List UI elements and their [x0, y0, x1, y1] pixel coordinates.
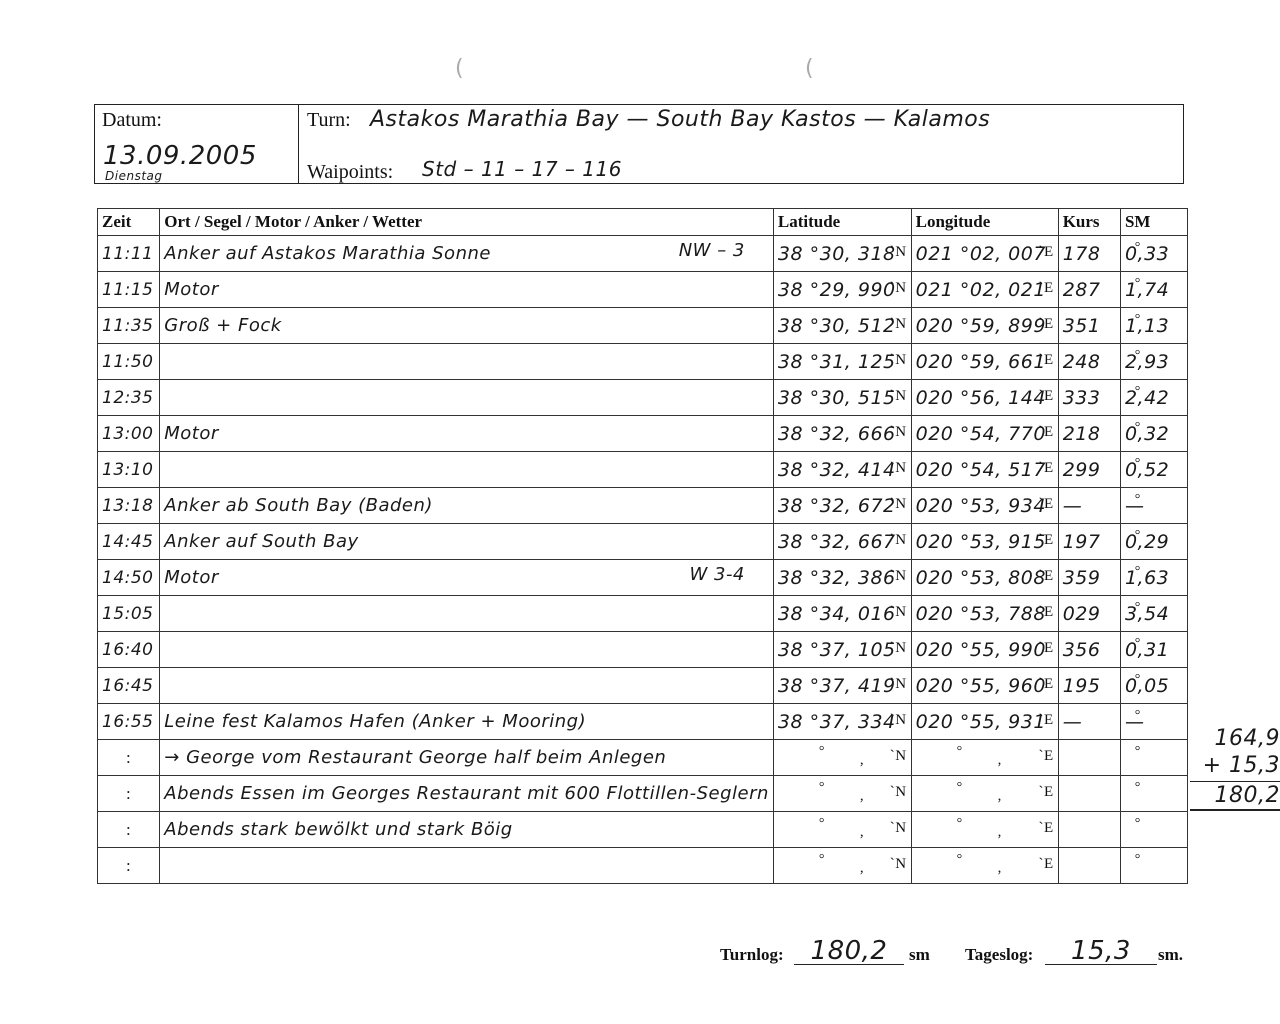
latitude-value: 38 °37, 419 — [778, 675, 896, 697]
cell-sm[interactable] — [1120, 848, 1187, 884]
cell-ort[interactable]: Anker auf Astakos Marathia SonneNW – 3 — [160, 236, 774, 272]
degree-mark: ° — [819, 780, 825, 796]
degree-mark: ° — [1135, 384, 1141, 400]
cell-zeit[interactable]: 11:50 — [98, 344, 160, 380]
east-unit: `E — [1039, 640, 1054, 657]
col-header-latitude: Latitude — [773, 209, 911, 236]
longitude-value: 020 °55, 931 — [916, 711, 1046, 733]
north-unit: `N — [890, 244, 907, 261]
longitude-value: 020 °56, 144 — [916, 387, 1046, 409]
cell-latitude[interactable]: 38 °31, 125`N — [773, 344, 911, 380]
course-value: 248 — [1063, 351, 1101, 373]
longitude-value: 020 °53, 788 — [916, 603, 1046, 625]
cell-sm[interactable]: 0,05 — [1120, 668, 1187, 704]
comma-mark: , — [998, 860, 1002, 877]
log-table: Zeit Ort / Segel / Motor / Anker / Wette… — [97, 208, 1188, 884]
degree-mark: ° — [819, 852, 825, 868]
cell-longitude[interactable]: °,`E — [911, 812, 1058, 848]
tageslog-unit: sm. — [1158, 945, 1183, 965]
cell-ort[interactable] — [160, 596, 774, 632]
east-unit: `E — [1039, 820, 1054, 837]
north-unit: `N — [890, 784, 907, 801]
course-value: 359 — [1063, 567, 1101, 589]
cell-longitude[interactable]: 020 °53, 808`E — [911, 560, 1058, 596]
cell-ort[interactable] — [160, 632, 774, 668]
degree-mark: ° — [1135, 492, 1141, 508]
cell-ort[interactable] — [160, 344, 774, 380]
distance-value: 0,05 — [1125, 675, 1169, 697]
cell-zeit[interactable]: 11:11 — [98, 236, 160, 272]
cell-longitude[interactable]: °,`E — [911, 740, 1058, 776]
cell-ort[interactable] — [160, 668, 774, 704]
course-value: 178 — [1063, 243, 1101, 265]
cell-ort[interactable]: → George vom Restaurant George half beim… — [160, 740, 774, 776]
log-totals-footer: Turnlog: 180,2 sm Tageslog: 15,3 sm. — [720, 940, 1190, 970]
cell-zeit[interactable]: : — [98, 812, 160, 848]
remark-text: Anker auf Astakos Marathia Sonne — [164, 243, 491, 264]
trip-header-box: Datum: 13.09.2005 Dienstag Turn: Astakos… — [94, 104, 1184, 184]
cell-longitude[interactable]: 021 °02, 021`E — [911, 272, 1058, 308]
north-unit: `N — [890, 388, 907, 405]
log-row: 16:4538 °37, 419`N020 °55, 960`E195°0,05 — [98, 668, 1188, 704]
log-row: :Abends stark bewölkt und stark Böig°,`N… — [98, 812, 1188, 848]
cell-kurs[interactable]: 029° — [1058, 596, 1120, 632]
time-placeholder: : — [102, 784, 155, 804]
distance-value: 0,31 — [1125, 639, 1169, 661]
cell-kurs[interactable]: 178° — [1058, 236, 1120, 272]
cell-sm[interactable]: 0,32 — [1120, 416, 1187, 452]
degree-mark: ° — [1135, 564, 1141, 580]
cell-sm[interactable]: — — [1120, 704, 1187, 740]
degree-mark: ° — [1135, 636, 1141, 652]
time-value: 11:50 — [102, 352, 154, 372]
latitude-value: 38 °31, 125 — [778, 351, 896, 373]
longitude-value: 020 °53, 915 — [916, 531, 1046, 553]
cell-zeit[interactable]: 13:00 — [98, 416, 160, 452]
cell-zeit[interactable]: : — [98, 740, 160, 776]
east-unit: `E — [1039, 676, 1054, 693]
time-value: 12:35 — [102, 388, 154, 408]
time-value: 14:50 — [102, 568, 154, 588]
distance-value: 1,74 — [1125, 279, 1169, 301]
cell-longitude[interactable]: 020 °53, 788`E — [911, 596, 1058, 632]
cell-zeit[interactable]: 13:18 — [98, 488, 160, 524]
cell-sm[interactable]: 0,33 — [1120, 236, 1187, 272]
east-unit: `E — [1039, 388, 1054, 405]
route-section: Turn: Astakos Marathia Bay — South Bay K… — [298, 105, 1183, 183]
longitude-value: 020 °53, 808 — [916, 567, 1046, 589]
tageslog-value[interactable]: 15,3 — [1045, 936, 1157, 965]
cell-latitude[interactable]: 38 °30, 318`N — [773, 236, 911, 272]
cell-zeit[interactable]: 16:40 — [98, 632, 160, 668]
cell-longitude[interactable]: 020 °55, 960`E — [911, 668, 1058, 704]
distance-value: 3,54 — [1125, 603, 1169, 625]
col-header-zeit: Zeit — [98, 209, 160, 236]
degree-mark: ° — [1135, 420, 1141, 436]
cell-ort[interactable]: Abends Essen im Georges Restaurant mit 6… — [160, 776, 774, 812]
east-unit: `E — [1039, 280, 1054, 297]
cell-zeit[interactable]: : — [98, 776, 160, 812]
cell-longitude[interactable]: 020 °59, 899`E — [911, 308, 1058, 344]
distance-value: 1,63 — [1125, 567, 1169, 589]
degree-mark: ° — [1135, 708, 1141, 724]
longitude-value: 020 °53, 934 — [916, 495, 1046, 517]
distance-value: 0,52 — [1125, 459, 1169, 481]
course-value: 195 — [1063, 675, 1101, 697]
latitude-value: 38 °29, 990 — [778, 279, 896, 301]
turnlog-label: Turnlog: — [720, 945, 784, 965]
remark-text: Groß + Fock — [164, 315, 281, 336]
log-row: 13:00Motor38 °32, 666`N020 °54, 770`E218… — [98, 416, 1188, 452]
log-row: 11:5038 °31, 125`N020 °59, 661`E248°2,93 — [98, 344, 1188, 380]
date-label: Datum: — [102, 109, 162, 132]
remark-text: Motor — [164, 567, 219, 588]
log-row: 11:11Anker auf Astakos Marathia SonneNW … — [98, 236, 1188, 272]
north-unit: `N — [890, 676, 907, 693]
cell-ort[interactable]: Motor — [160, 272, 774, 308]
time-value: 13:00 — [102, 424, 154, 444]
turnlog-value[interactable]: 180,2 — [794, 936, 904, 965]
time-placeholder: : — [102, 856, 155, 876]
north-unit: `N — [890, 748, 907, 765]
cell-kurs[interactable]: —° — [1058, 704, 1120, 740]
log-row: 13:18Anker ab South Bay (Baden)38 °32, 6… — [98, 488, 1188, 524]
cell-ort[interactable]: MotorW 3-4 — [160, 560, 774, 596]
comma-mark: , — [998, 752, 1002, 769]
longitude-value: 020 °54, 517 — [916, 459, 1046, 481]
date-value[interactable]: 13.09.2005 — [103, 141, 257, 171]
cell-zeit[interactable]: 16:45 — [98, 668, 160, 704]
latitude-value: 38 °32, 666 — [778, 423, 896, 445]
remark-text: Anker auf South Bay — [164, 531, 358, 552]
cell-longitude[interactable]: 020 °53, 915`E — [911, 524, 1058, 560]
cell-kurs[interactable]: ° — [1058, 812, 1120, 848]
distance-value: 0,29 — [1125, 531, 1169, 553]
remark-text: Abends Essen im Georges Restaurant mit 6… — [164, 783, 769, 804]
latitude-value: 38 °30, 512 — [778, 315, 896, 337]
cell-sm[interactable] — [1120, 776, 1187, 812]
cell-kurs[interactable]: 356° — [1058, 632, 1120, 668]
course-value: 351 — [1063, 315, 1101, 337]
east-unit: `E — [1039, 496, 1054, 513]
cell-longitude[interactable]: 020 °54, 517`E — [911, 452, 1058, 488]
distance-value: 1,13 — [1125, 315, 1169, 337]
time-value: 16:40 — [102, 640, 154, 660]
comma-mark: , — [998, 788, 1002, 805]
calc-line-1: 164,9 — [1190, 725, 1280, 752]
cell-ort[interactable] — [160, 848, 774, 884]
log-row: 13:1038 °32, 414`N020 °54, 517`E299°0,52 — [98, 452, 1188, 488]
north-unit: `N — [890, 568, 907, 585]
cell-longitude[interactable]: 020 °59, 661`E — [911, 344, 1058, 380]
degree-mark: ° — [1135, 852, 1141, 868]
turn-value[interactable]: Astakos Marathia Bay — South Bay Kastos … — [370, 107, 990, 132]
turn-label: Turn: — [307, 109, 351, 132]
cell-kurs[interactable]: 359° — [1058, 560, 1120, 596]
time-value: 11:11 — [102, 244, 154, 264]
cell-latitude[interactable]: °,`N — [773, 812, 911, 848]
cell-kurs[interactable]: 333° — [1058, 380, 1120, 416]
col-header-ort: Ort / Segel / Motor / Anker / Wetter — [160, 209, 774, 236]
longitude-value: 020 °55, 960 — [916, 675, 1046, 697]
north-unit: `N — [890, 316, 907, 333]
cell-sm[interactable]: 2,42 — [1120, 380, 1187, 416]
cell-latitude[interactable]: °,`N — [773, 848, 911, 884]
longitude-value: 020 °55, 990 — [916, 639, 1046, 661]
time-placeholder: : — [102, 748, 155, 768]
north-unit: `N — [890, 532, 907, 549]
time-value: 14:45 — [102, 532, 154, 552]
cell-sm[interactable]: 1,13 — [1120, 308, 1187, 344]
cell-ort[interactable]: Abends stark bewölkt und stark Böig — [160, 812, 774, 848]
latitude-value: 38 °37, 334 — [778, 711, 896, 733]
cell-zeit[interactable]: : — [98, 848, 160, 884]
course-value: — — [1063, 495, 1083, 517]
east-unit: `E — [1039, 712, 1054, 729]
cell-longitude[interactable]: 020 °53, 934`E — [911, 488, 1058, 524]
degree-mark: ° — [1135, 816, 1141, 832]
log-row: 16:4038 °37, 105`N020 °55, 990`E356°0,31 — [98, 632, 1188, 668]
distance-value: 0,33 — [1125, 243, 1169, 265]
wind-value: NW – 3 — [679, 240, 745, 261]
east-unit: `E — [1039, 784, 1054, 801]
latitude-value: 38 °37, 105 — [778, 639, 896, 661]
cell-latitude[interactable]: 38 °37, 334`N — [773, 704, 911, 740]
cell-latitude[interactable]: 38 °30, 515`N — [773, 380, 911, 416]
cell-latitude[interactable]: °,`N — [773, 740, 911, 776]
cell-sm[interactable]: 0,52 — [1120, 452, 1187, 488]
course-value: 029 — [1063, 603, 1101, 625]
latitude-value: 38 °32, 386 — [778, 567, 896, 589]
degree-mark: ° — [1135, 744, 1141, 760]
cell-zeit[interactable]: 16:55 — [98, 704, 160, 740]
cell-latitude[interactable]: 38 °32, 666`N — [773, 416, 911, 452]
cell-ort[interactable]: Leine fest Kalamos Hafen (Anker + Moorin… — [160, 704, 774, 740]
remark-text: Motor — [164, 279, 219, 300]
col-header-sm: SM — [1120, 209, 1187, 236]
latitude-value: 38 °32, 414 — [778, 459, 896, 481]
cell-sm[interactable]: 2,93 — [1120, 344, 1187, 380]
degree-mark: ° — [957, 780, 963, 796]
cell-latitude[interactable]: 38 °32, 667`N — [773, 524, 911, 560]
cell-longitude[interactable]: 020 °55, 931`E — [911, 704, 1058, 740]
cell-zeit[interactable]: 12:35 — [98, 380, 160, 416]
degree-mark: ° — [1135, 456, 1141, 472]
east-unit: `E — [1039, 424, 1054, 441]
latitude-value: 38 °30, 515 — [778, 387, 896, 409]
east-unit: `E — [1039, 856, 1054, 873]
north-unit: `N — [890, 640, 907, 657]
latitude-value: 38 °32, 672 — [778, 495, 896, 517]
east-unit: `E — [1039, 460, 1054, 477]
cell-latitude[interactable]: °,`N — [773, 776, 911, 812]
cell-kurs[interactable]: 195° — [1058, 668, 1120, 704]
comma-mark: , — [860, 788, 864, 805]
cell-longitude[interactable]: °,`E — [911, 848, 1058, 884]
course-value: — — [1063, 711, 1083, 733]
calc-total: 180,2 — [1190, 781, 1280, 811]
degree-mark: ° — [1135, 312, 1141, 328]
degree-mark: ° — [819, 816, 825, 832]
turnlog-unit: sm — [909, 945, 930, 965]
log-row: 14:50MotorW 3-438 °32, 386`N020 °53, 808… — [98, 560, 1188, 596]
cell-longitude[interactable]: 021 °02, 007`E — [911, 236, 1058, 272]
cell-zeit[interactable]: 11:15 — [98, 272, 160, 308]
cell-sm[interactable] — [1120, 812, 1187, 848]
cell-kurs[interactable]: 351° — [1058, 308, 1120, 344]
east-unit: `E — [1039, 748, 1054, 765]
longitude-value: 020 °54, 770 — [916, 423, 1046, 445]
col-header-longitude: Longitude — [911, 209, 1058, 236]
north-unit: `N — [890, 424, 907, 441]
east-unit: `E — [1039, 352, 1054, 369]
degree-mark: ° — [957, 852, 963, 868]
remark-text: Anker ab South Bay (Baden) — [164, 495, 433, 516]
time-value: 11:35 — [102, 316, 154, 336]
north-unit: `N — [890, 280, 907, 297]
cell-kurs[interactable]: 248° — [1058, 344, 1120, 380]
time-placeholder: : — [102, 820, 155, 840]
course-value: 333 — [1063, 387, 1101, 409]
north-unit: `N — [890, 604, 907, 621]
distance-value: 0,32 — [1125, 423, 1169, 445]
waypoints-value[interactable]: Std – 11 – 17 – 116 — [422, 157, 622, 181]
degree-mark: ° — [1135, 672, 1141, 688]
course-value: 287 — [1063, 279, 1101, 301]
cell-zeit[interactable]: 15:05 — [98, 596, 160, 632]
course-value: 218 — [1063, 423, 1101, 445]
comma-mark: , — [860, 824, 864, 841]
longitude-value: 020 °59, 661 — [916, 351, 1046, 373]
cell-kurs[interactable]: 287° — [1058, 272, 1120, 308]
cell-sm[interactable]: — — [1120, 488, 1187, 524]
cell-ort[interactable] — [160, 380, 774, 416]
degree-mark: ° — [1135, 600, 1141, 616]
cell-kurs[interactable]: 299° — [1058, 452, 1120, 488]
cell-longitude[interactable]: 020 °56, 144`E — [911, 380, 1058, 416]
time-value: 11:15 — [102, 280, 154, 300]
col-header-kurs: Kurs — [1058, 209, 1120, 236]
cell-kurs[interactable]: 218° — [1058, 416, 1120, 452]
degree-mark: ° — [1135, 780, 1141, 796]
cell-longitude[interactable]: °,`E — [911, 776, 1058, 812]
course-value: 299 — [1063, 459, 1101, 481]
cell-ort[interactable] — [160, 452, 774, 488]
log-table-body: 11:11Anker auf Astakos Marathia SonneNW … — [98, 236, 1188, 884]
degree-mark: ° — [1135, 276, 1141, 292]
east-unit: `E — [1039, 316, 1054, 333]
time-value: 16:45 — [102, 676, 154, 696]
wind-value: W 3-4 — [689, 564, 744, 585]
cell-latitude[interactable]: 38 °32, 386`N — [773, 560, 911, 596]
cell-sm[interactable] — [1120, 740, 1187, 776]
time-value: 13:18 — [102, 496, 154, 516]
cell-kurs[interactable]: ° — [1058, 848, 1120, 884]
log-row: 11:15Motor38 °29, 990`N021 °02, 021`E287… — [98, 272, 1188, 308]
time-value: 13:10 — [102, 460, 154, 480]
time-value: 15:05 — [102, 604, 154, 624]
latitude-value: 38 °34, 016 — [778, 603, 896, 625]
cell-kurs[interactable]: ° — [1058, 776, 1120, 812]
log-row: 16:55Leine fest Kalamos Hafen (Anker + M… — [98, 704, 1188, 740]
cell-latitude[interactable]: 38 °37, 105`N — [773, 632, 911, 668]
east-unit: `E — [1039, 568, 1054, 585]
log-row: 12:3538 °30, 515`N020 °56, 144`E333°2,42 — [98, 380, 1188, 416]
east-unit: `E — [1039, 604, 1054, 621]
cell-latitude[interactable]: 38 °32, 414`N — [773, 452, 911, 488]
cell-sm[interactable]: 3,54 — [1120, 596, 1187, 632]
cell-longitude[interactable]: 020 °54, 770`E — [911, 416, 1058, 452]
cell-latitude[interactable]: 38 °34, 016`N — [773, 596, 911, 632]
north-unit: `N — [890, 856, 907, 873]
degree-mark: ° — [1135, 348, 1141, 364]
cell-longitude[interactable]: 020 °55, 990`E — [911, 632, 1058, 668]
cell-ort[interactable]: Anker ab South Bay (Baden) — [160, 488, 774, 524]
comma-mark: , — [860, 860, 864, 877]
course-value: 197 — [1063, 531, 1101, 553]
cell-latitude[interactable]: 38 °37, 419`N — [773, 668, 911, 704]
north-unit: `N — [890, 460, 907, 477]
longitude-value: 021 °02, 007 — [916, 243, 1046, 265]
log-row: :Abends Essen im Georges Restaurant mit … — [98, 776, 1188, 812]
cell-kurs[interactable]: —° — [1058, 488, 1120, 524]
punch-hole-mark: ( — [455, 56, 464, 81]
cell-ort[interactable]: Groß + Fock — [160, 308, 774, 344]
longitude-value: 020 °59, 899 — [916, 315, 1046, 337]
longitude-value: 021 °02, 021 — [916, 279, 1046, 301]
comma-mark: , — [998, 824, 1002, 841]
latitude-value: 38 °32, 667 — [778, 531, 896, 553]
cell-sm[interactable]: 0,31 — [1120, 632, 1187, 668]
cell-zeit[interactable]: 14:45 — [98, 524, 160, 560]
east-unit: `E — [1039, 244, 1054, 261]
north-unit: `N — [890, 820, 907, 837]
cell-ort[interactable]: Anker auf South Bay — [160, 524, 774, 560]
cell-kurs[interactable]: 197° — [1058, 524, 1120, 560]
degree-mark: ° — [1135, 528, 1141, 544]
log-row: :°,`N°,`E° — [98, 848, 1188, 884]
cell-zeit[interactable]: 13:10 — [98, 452, 160, 488]
time-value: 16:55 — [102, 712, 154, 732]
course-value: 356 — [1063, 639, 1101, 661]
remark-text: Abends stark bewölkt und stark Böig — [164, 819, 512, 840]
cell-sm[interactable]: 1,74 — [1120, 272, 1187, 308]
north-unit: `N — [890, 496, 907, 513]
weekday-value: Dienstag — [105, 169, 163, 183]
cell-latitude[interactable]: 38 °32, 672`N — [773, 488, 911, 524]
cell-zeit[interactable]: 14:50 — [98, 560, 160, 596]
distance-value: 2,42 — [1125, 387, 1169, 409]
log-row: 11:35Groß + Fock38 °30, 512`N020 °59, 89… — [98, 308, 1188, 344]
log-row: 15:0538 °34, 016`N020 °53, 788`E029°3,54 — [98, 596, 1188, 632]
north-unit: `N — [890, 712, 907, 729]
cell-sm[interactable]: 1,63 — [1120, 560, 1187, 596]
cell-ort[interactable]: Motor — [160, 416, 774, 452]
log-row: :→ George vom Restaurant George half bei… — [98, 740, 1188, 776]
cell-sm[interactable]: 0,29 — [1120, 524, 1187, 560]
remark-text: Motor — [164, 423, 219, 444]
remark-text: Leine fest Kalamos Hafen (Anker + Moorin… — [164, 711, 586, 732]
degree-mark: ° — [819, 744, 825, 760]
cell-kurs[interactable]: ° — [1058, 740, 1120, 776]
cell-zeit[interactable]: 11:35 — [98, 308, 160, 344]
cell-latitude[interactable]: 38 °30, 512`N — [773, 308, 911, 344]
comma-mark: , — [860, 752, 864, 769]
log-table-header: Zeit Ort / Segel / Motor / Anker / Wette… — [98, 209, 1188, 236]
east-unit: `E — [1039, 532, 1054, 549]
north-unit: `N — [890, 352, 907, 369]
cell-latitude[interactable]: 38 °29, 990`N — [773, 272, 911, 308]
